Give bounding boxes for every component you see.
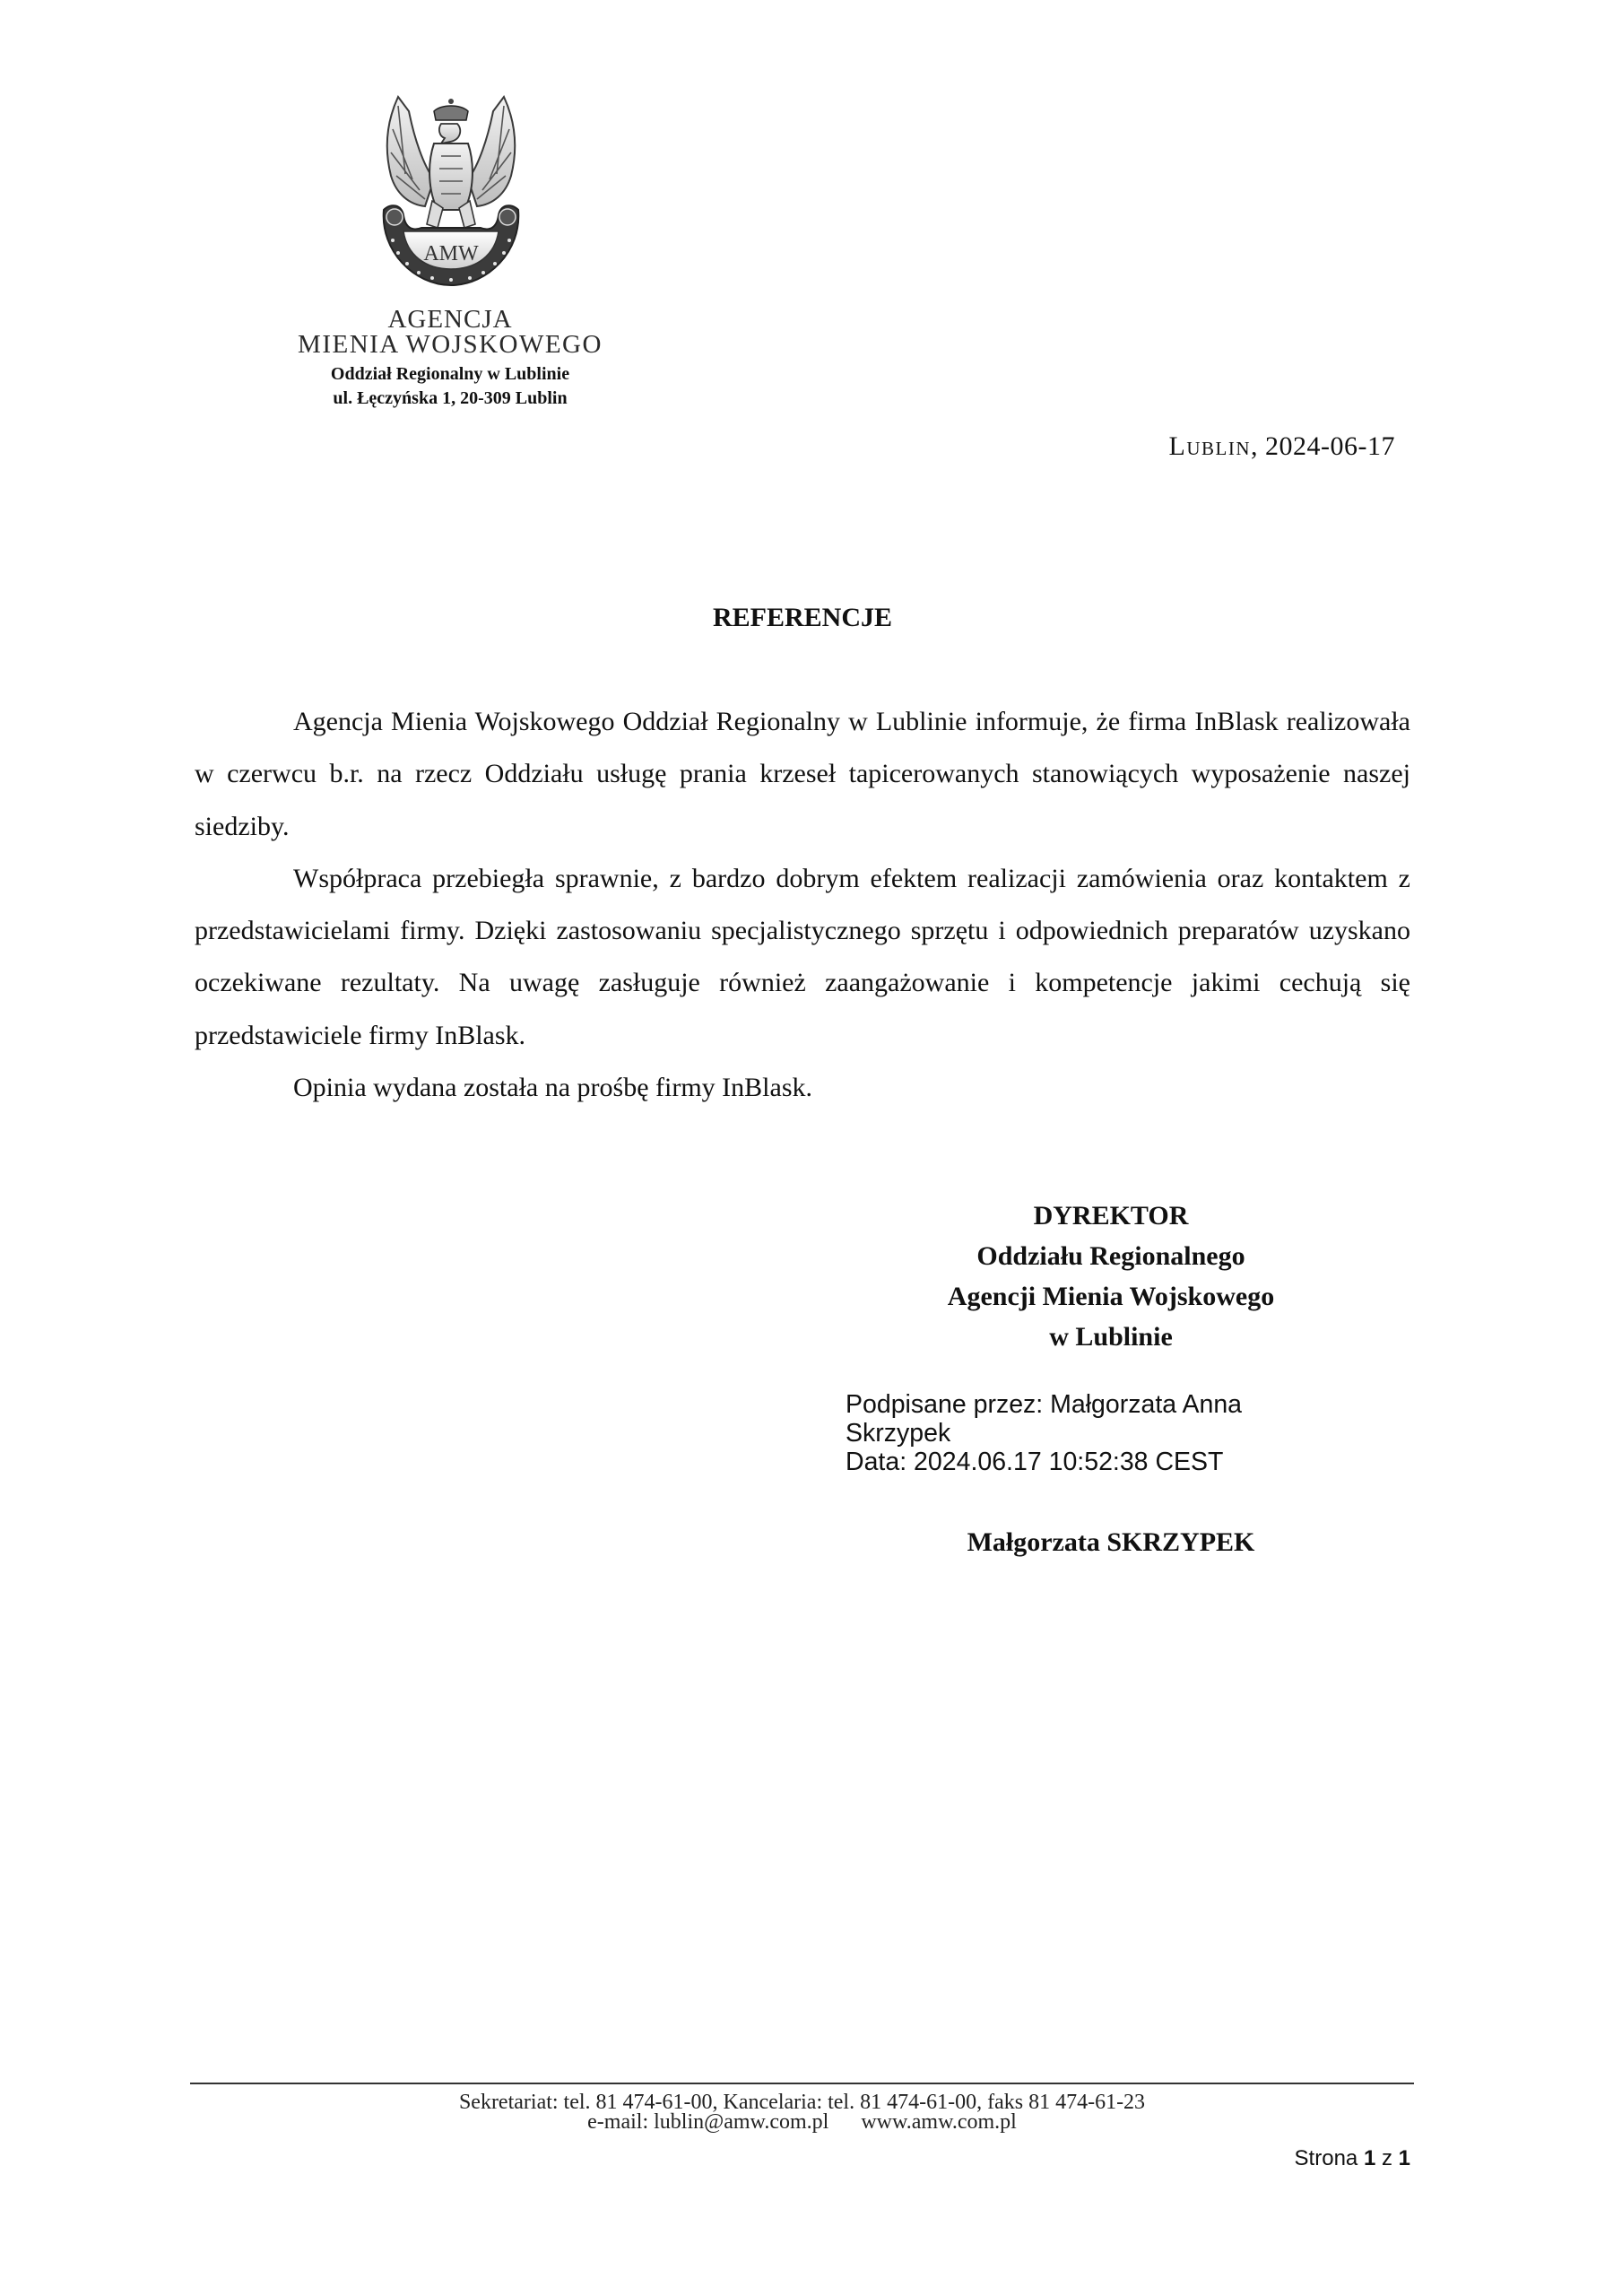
document-title: REFERENCJE <box>195 602 1410 634</box>
footer-website: www.amw.com.pl <box>861 2110 1017 2134</box>
page-total: 1 <box>1399 2146 1410 2170</box>
page-of: z <box>1382 2146 1392 2170</box>
signer-name: Małgorzata SKRZYPEK <box>897 1526 1325 1559</box>
svg-text:AMW: AMW <box>423 242 479 265</box>
agency-name-line2: MIENIA WOJSKOWEGO <box>224 332 676 357</box>
signatory-title: DYREKTOR Oddziału Regionalnego Agencji M… <box>897 1196 1325 1357</box>
agency-name-line1: AGENCJA <box>224 307 676 332</box>
date-line: Lublin, 2024-06-17 <box>1076 430 1395 463</box>
footer-divider <box>190 2083 1414 2084</box>
body-paragraph: Współpraca przebiegła sprawnie, z bardzo… <box>195 853 1410 1062</box>
page-current: 1 <box>1364 2146 1375 2170</box>
page-label: Strona <box>1295 2146 1358 2170</box>
page-number: Strona 1 z 1 <box>1237 2146 1410 2171</box>
esign-signed-by-cont: Skrzypek <box>846 1419 1348 1448</box>
esign-signed-by: Podpisane przez: Małgorzata Anna <box>846 1390 1348 1419</box>
date-city: Lublin <box>1169 431 1251 461</box>
footer-email: e-mail: lublin@amw.com.pl <box>587 2110 828 2134</box>
signatory-title-line: DYREKTOR <box>897 1196 1325 1236</box>
body-paragraph: Opinia wydana została na prośbę firmy In… <box>195 1062 1410 1114</box>
branch-address: ul. Łęczyńska 1, 20-309 Lublin <box>224 387 676 411</box>
branch-name: Oddział Regionalny w Lublinie <box>224 362 676 387</box>
footer-contact-phones: Sekretariat: tel. 81 474-61-00, Kancelar… <box>190 2092 1414 2112</box>
body-paragraph: Agencja Mienia Wojskowego Oddział Region… <box>195 696 1410 853</box>
document-body: Agencja Mienia Wojskowego Oddział Region… <box>195 696 1410 1114</box>
esign-date: Data: 2024.06.17 10:52:38 CEST <box>846 1448 1348 1476</box>
amw-eagle-emblem-icon: AMW <box>378 93 524 292</box>
signatory-title-line: Oddziału Regionalnego <box>897 1236 1325 1276</box>
footer-contact-web: e-mail: lublin@amw.com.plwww.amw.com.pl <box>190 2112 1414 2132</box>
electronic-signature-stamp: Podpisane przez: Małgorzata Anna Skrzype… <box>846 1390 1348 1476</box>
signatory-title-line: Agencji Mienia Wojskowego <box>897 1276 1325 1317</box>
date-value: 2024-06-17 <box>1265 431 1395 461</box>
date-separator: , <box>1251 431 1265 461</box>
signatory-title-line: w Lublinie <box>897 1317 1325 1357</box>
